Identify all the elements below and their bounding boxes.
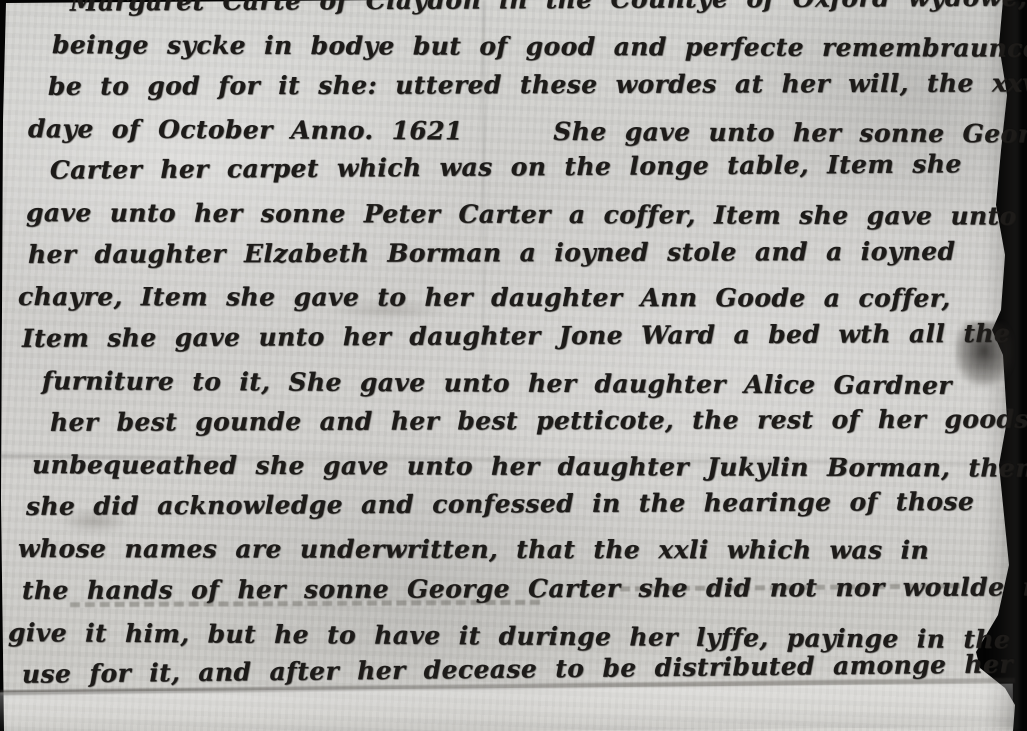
manuscript-text: Margaret Carte of Claydon in the Countye…: [0, 0, 1005, 702]
manuscript-line-5: Carter her carpet which was on the longe…: [0, 149, 1005, 198]
manuscript-line-7: her daughter Elzabeth Borman a ioyned st…: [0, 236, 1005, 282]
manuscript-line-9: Item she gave unto her daughter Jone War…: [0, 319, 1005, 366]
manuscript-line-11: her best gounde and her best petticote, …: [0, 404, 1005, 450]
manuscript-line-14: whose names are underwritten, that the x…: [0, 534, 1005, 578]
manuscript-line-15: the hands of her sonne George Carter she…: [0, 572, 1005, 618]
manuscript-line-13: she did acknowledge and confessed in the…: [0, 487, 1005, 534]
manuscript-line-3: be to god for it she: uttered these word…: [0, 68, 1005, 114]
manuscript-scan: Margaret Carte of Claydon in the Countye…: [0, 0, 1027, 731]
manuscript-line-1: Margaret Carte of Claydon in the Countye…: [0, 0, 1005, 30]
